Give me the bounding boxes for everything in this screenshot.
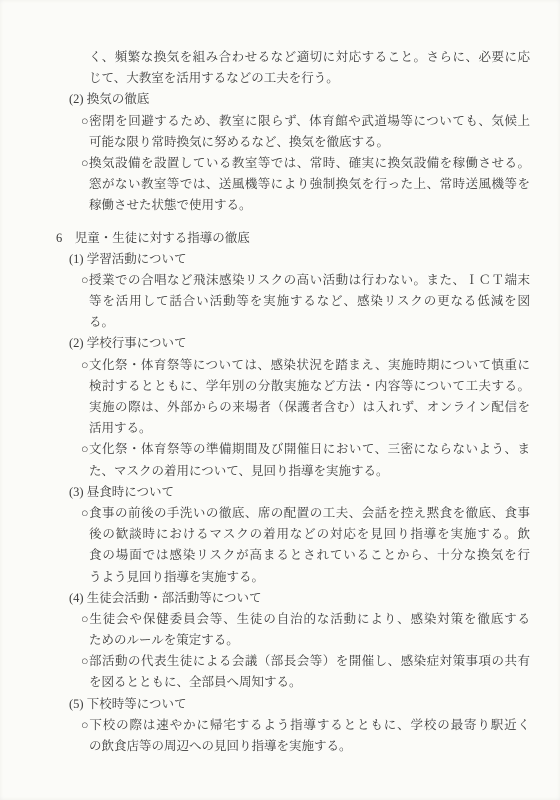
text-line: る。 <box>89 312 530 333</box>
document-body: く、頻繁な換気を組み合わせるなど適切に対応すること。さらに、必要に応じて、大教室… <box>0 47 560 757</box>
text-line: を図るとともに、全部員へ周知する。 <box>89 672 530 693</box>
bullet-line: ○文化祭・体育祭等の準備期間及び開催日において、三密にならないよう、ま <box>81 439 530 460</box>
text-line: た、マスクの着用について、見回り指導を実施する。 <box>89 461 530 482</box>
text-line: の飲食店等の周辺への見回り指導を実施する。 <box>89 736 530 757</box>
subsection-heading: (3) 昼食時について <box>69 482 530 503</box>
text-line: 可能な限り常時換気に努めるなど、換気を徹底する。 <box>89 132 530 153</box>
bullet-line: ○授業での合唱など飛沫感染リスクの高い活動は行わない。また、ＩＣＴ端末 <box>81 270 530 291</box>
bullet-line: ○部活動の代表生徒による会議（部長会等）を開催し、感染症対策事項の共有 <box>81 651 530 672</box>
bullet-line: ○下校の際は速やかに帰宅するよう指導するとともに、学校の最寄り駅近く <box>81 715 530 736</box>
text-line: うよう見回り指導を実施する。 <box>89 567 530 588</box>
subsection-heading: (1) 学習活動について <box>69 249 530 270</box>
subsection-heading: (4) 生徒会活動・部活動等について <box>69 588 530 609</box>
subsection-heading: (2) 換気の徹底 <box>69 89 530 110</box>
text-line: 活用する。 <box>89 418 530 439</box>
subsection-heading: (5) 下校時等について <box>69 694 530 715</box>
bullet-line: ○密閉を回避するため、教室に限らず、体育館や武道場等についても、気候上 <box>81 111 530 132</box>
text-line: 検討するとともに、学年別の分散実施など方法・内容等について工夫する。 <box>89 376 530 397</box>
document-page: く、頻繁な換気を組み合わせるなど適切に対応すること。さらに、必要に応じて、大教室… <box>0 0 560 800</box>
bullet-line: ○生徒会や保健委員会等、生徒の自治的な活動により、感染対策を徹底する <box>81 609 530 630</box>
subsection-heading: (2) 学校行事について <box>69 333 530 354</box>
text-line: 実施の際は、外部からの来場者（保護者含む）は入れず、オンライン配信を <box>89 397 530 418</box>
bullet-line: ○換気設備を設置している教室等では、常時、確実に換気設備を稼働させる。 <box>81 153 530 174</box>
text-line: 後の歓談時におけるマスクの着用などの対応を見回り指導を実施する。飲 <box>89 524 530 545</box>
bullet-line: ○文化祭・体育祭等については、感染状況を踏まえ、実施時期について慎重に <box>81 355 530 376</box>
bullet-line: ○食事の前後の手洗いの徹底、席の配置の工夫、会話を控え黙食を徹底、食事 <box>81 503 530 524</box>
text-line: 等を活用して話合い活動等を実施するなど、感染リスクの更なる低減を図 <box>89 291 530 312</box>
text-line: く、頻繁な換気を組み合わせるなど適切に対応すること。さらに、必要に応 <box>89 47 530 68</box>
text-line: 稼働させた状態で使用する。 <box>89 195 530 216</box>
text-line: 食の場面では感染リスクが高まるとされていることから、十分な換気を行 <box>89 545 530 566</box>
text-line: 窓がない教室等では、送風機等により強制換気を行った上、常時送風機等を <box>89 174 530 195</box>
text-line: じて、大教室を活用するなどの工夫を行う。 <box>89 68 530 89</box>
section-heading: 6 児童・生徒に対する指導の徹底 <box>56 228 530 249</box>
text-line: ためのルールを策定する。 <box>89 630 530 651</box>
